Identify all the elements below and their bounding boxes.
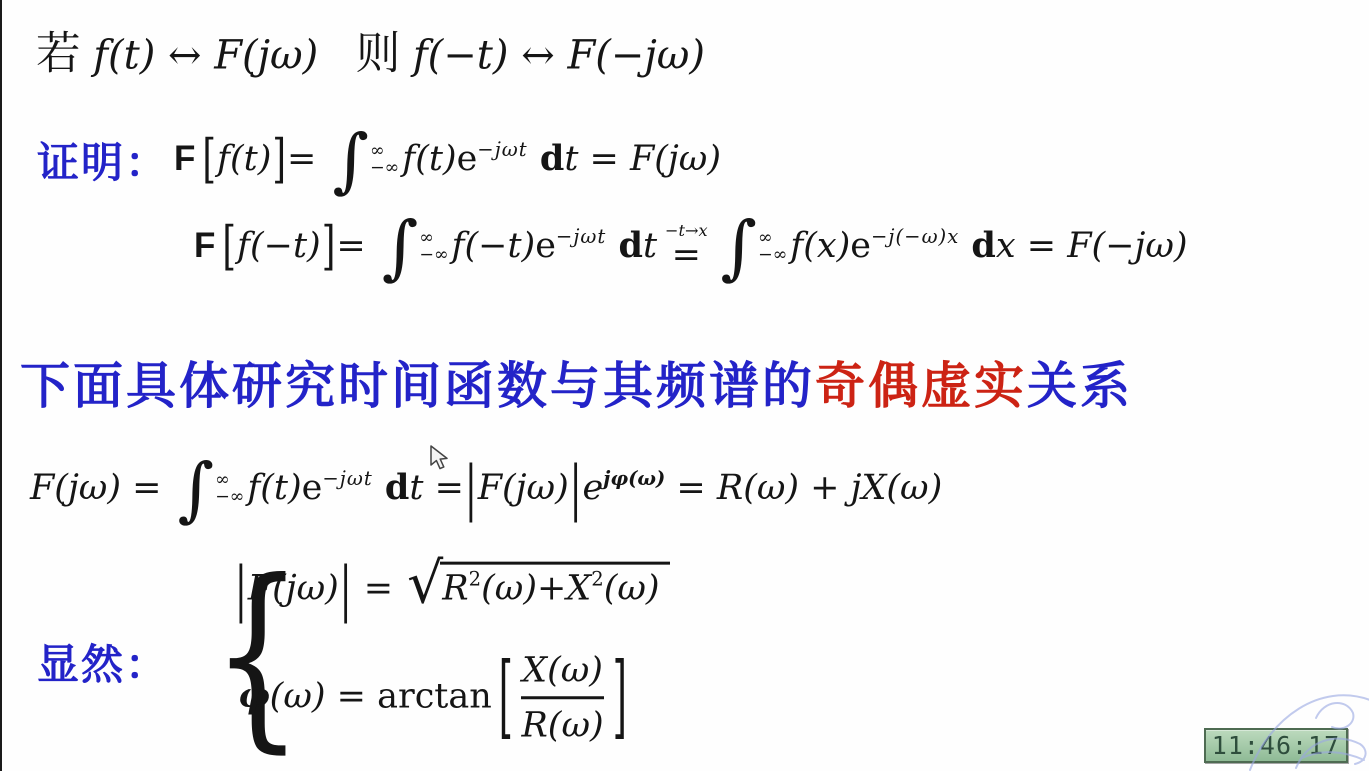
math-token-sf: F	[174, 139, 195, 179]
math-token-rm: =	[353, 569, 405, 609]
math-token-rm: =	[423, 468, 463, 508]
math-token-it: t	[643, 226, 657, 266]
math-token-it: f(x)	[790, 226, 850, 266]
math-token-it: f(−t)	[237, 226, 321, 266]
math-token-rm: =	[1016, 226, 1068, 266]
math-token-bigbar: |	[235, 557, 247, 625]
math-token-rm: ↔	[155, 33, 214, 79]
math-token-rm: e	[850, 226, 871, 266]
math-token-overeq: −t→x=	[665, 223, 708, 272]
math-token-big: [	[222, 217, 236, 277]
heading-segment: 奇偶虚实	[815, 358, 1027, 414]
math-token-rm: =	[326, 677, 378, 717]
math-token-it: t	[409, 468, 423, 508]
math-token-sf: F	[194, 226, 215, 266]
math-token-it: f(t)	[93, 33, 155, 79]
math-token-rm: =	[665, 468, 717, 508]
math-token-cn: 若	[36, 17, 93, 82]
math-token-rm: =	[287, 139, 327, 179]
math-token-bigbar: |	[570, 456, 582, 524]
math-token-it: f(t)	[247, 468, 301, 508]
math-token-rm: e	[302, 468, 323, 508]
math-token-rmb: d	[959, 225, 996, 266]
section-heading: 下面具体研究时间函数与其频谱的奇偶虚实关系	[20, 346, 1133, 418]
math-token-it: f(t)	[402, 139, 456, 179]
math-token-supn: 2	[591, 568, 603, 591]
math-token-it: t	[564, 139, 578, 179]
math-token-it: f(t)	[217, 139, 271, 179]
math-token-rm: e	[535, 226, 556, 266]
math-token-it: x	[996, 226, 1016, 266]
heading-segment: 下面具体研究时间函数与其频谱的	[20, 358, 815, 414]
math-token-it: e	[583, 468, 604, 508]
math-token-supn: 2	[469, 568, 481, 591]
math-token-it: R(ω)	[521, 706, 603, 746]
math-token-it: (ω)+X	[481, 569, 591, 609]
math-token-cn: 则	[318, 17, 413, 82]
math-token-big: ]	[272, 130, 286, 190]
theorem-statement: 若 f(t) ↔ F(jω) 则 f(−t) ↔ F(−jω)	[36, 17, 705, 82]
math-token-sup: −jωt	[477, 137, 527, 160]
math-token-big: ]	[322, 217, 336, 277]
math-token-frac: X(ω)R(ω)	[521, 650, 603, 746]
math-token-supb: jφ(ω)	[603, 466, 665, 489]
phase-formula: φ(ω) = arctan[X(ω)R(ω)]	[238, 650, 633, 746]
math-token-rm: e	[457, 139, 478, 179]
math-token-sup: −jωt	[322, 466, 372, 489]
math-token-big2: [	[498, 646, 512, 750]
magnitude-formula: |F(jω)| = √R2(ω)+X2(ω)	[234, 562, 670, 619]
math-token-rmb: d	[606, 225, 643, 266]
math-token-it: X(ω)	[522, 650, 603, 690]
heading-segment: 关系	[1027, 358, 1133, 414]
lecture-slide: 若 f(t) ↔ F(jω) 则 f(−t) ↔ F(−jω) 证明： F[f(…	[0, 0, 1369, 771]
math-token-rm: arctan	[377, 677, 492, 717]
math-token-it: F(−jω)	[567, 33, 705, 79]
math-token-it: R(ω) + jX(ω)	[717, 468, 942, 508]
obvious-label: 显然：	[37, 632, 169, 692]
math-token-it: F(jω)	[478, 468, 569, 508]
proof-step-2: F[f(−t)]= ∫∞−∞f(−t)e−jωt dt−t→x=∫∞−∞f(x)…	[194, 214, 1188, 281]
math-token-it: f(−t)	[452, 226, 536, 266]
mouse-cursor-icon	[428, 445, 452, 472]
math-token-bigbar: |	[465, 456, 477, 524]
math-token-it: F(jω)	[214, 33, 318, 79]
math-token-big2: ]	[612, 646, 626, 750]
proof-step-1: F[f(t)]= ∫∞−∞f(t)e−jωt dt = F(jω)	[174, 127, 721, 194]
math-token-rm: =	[578, 139, 630, 179]
math-token-it: (ω)	[604, 569, 660, 609]
math-token-it: R	[442, 569, 468, 609]
watermark-scribble-icon	[1242, 620, 1369, 771]
math-token-sup: −jωt	[556, 224, 606, 247]
math-token-it: f(−t)	[413, 33, 509, 79]
math-token-int: ∫∞−∞	[721, 214, 788, 281]
math-token-it: F(−jω)	[1067, 226, 1187, 266]
math-token-int: ∫∞−∞	[178, 456, 245, 523]
math-token-rmb: d	[528, 138, 565, 179]
math-token-itb: φ	[238, 676, 270, 717]
math-token-int: ∫∞−∞	[333, 127, 400, 194]
math-token-rmb: d	[373, 467, 410, 508]
math-token-sqrt: √R2(ω)+X2(ω)	[407, 562, 669, 619]
math-token-it: F(jω)	[630, 139, 721, 179]
math-token-rm: ↔	[508, 33, 567, 79]
math-token-bigbar: |	[340, 557, 352, 625]
math-token-it: F(jω)	[30, 468, 121, 508]
math-token-big: [	[202, 130, 216, 190]
spectrum-decomposition-formula: F(jω) = ∫∞−∞f(t)e−jωt dt =|F(jω)|ejφ(ω) …	[30, 456, 942, 523]
math-token-rm: =	[121, 468, 173, 508]
proof-label: 证明：	[37, 130, 169, 190]
math-token-rm: =	[336, 226, 376, 266]
math-token-it: F(jω)	[248, 569, 339, 609]
math-token-sup: −j(−ω)x	[871, 224, 959, 247]
math-token-it: (ω)	[270, 677, 326, 717]
math-token-int: ∫∞−∞	[382, 214, 449, 281]
